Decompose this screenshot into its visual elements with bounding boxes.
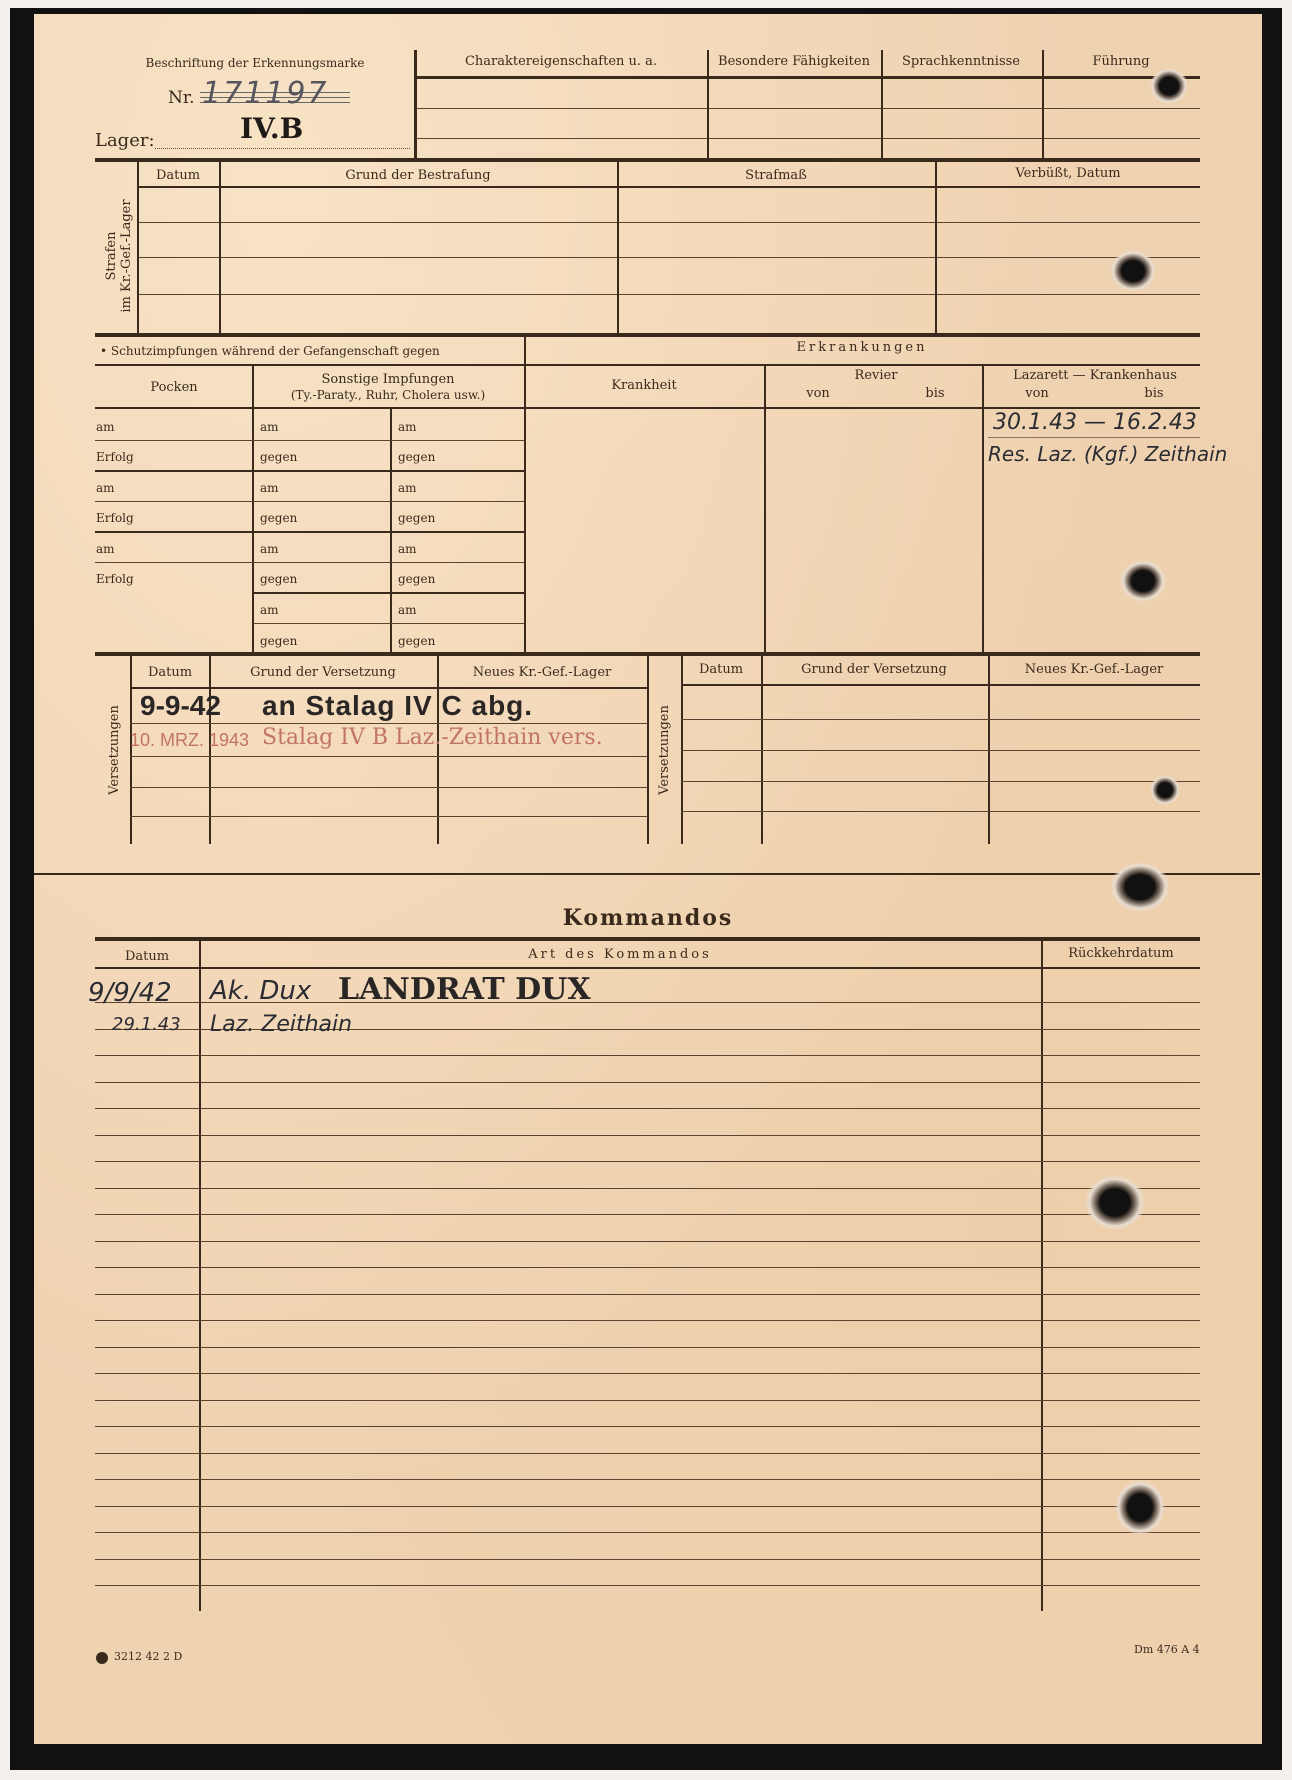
versetzung-red-stamp-text: Stalag IV B Laz.-Zeithain vers. <box>262 725 603 750</box>
impfungen-title: • Schutzimpfungen während der Gefangensc… <box>100 344 440 358</box>
col-line <box>199 941 201 1611</box>
kommando-handwritten: Ak. Dux <box>210 976 311 1006</box>
row-line <box>681 719 1200 720</box>
nr-label: Nr. <box>168 88 195 108</box>
row-line <box>95 440 525 441</box>
kommando-stamp: LANDRAT DUX <box>338 972 591 1007</box>
versetzung-stamp-date: 9-9-42 <box>140 690 221 722</box>
row-line <box>95 1241 1200 1242</box>
versetzung-col-lager: Neues Kr.-Gef.-Lager <box>473 665 612 680</box>
revier-bis: bis <box>925 386 944 401</box>
sonstige-gegen-field: gegen <box>398 572 435 586</box>
row-line <box>95 1506 1200 1507</box>
row-line <box>95 1532 1200 1533</box>
row-line <box>95 1294 1200 1295</box>
col-header-faehigkeiten: Besondere Fähigkeiten <box>718 54 870 69</box>
row-line <box>681 811 1200 812</box>
kommando-col-rueckkehr: Rückkehrdatum <box>1068 946 1173 961</box>
row-line <box>95 1347 1200 1348</box>
header-rule <box>95 364 1200 366</box>
versetzungen-side-label-left: Versetzungen <box>107 695 123 805</box>
kommando-handwritten: Laz. Zeithain <box>210 1012 352 1037</box>
sonstige-gegen-field: gegen <box>398 634 435 648</box>
header-rule <box>95 967 1200 969</box>
row-line <box>253 592 525 594</box>
row-line <box>416 138 1200 139</box>
underline <box>988 437 1200 438</box>
row-line <box>130 816 648 817</box>
row-line <box>95 1400 1200 1401</box>
section-rule <box>95 333 1200 337</box>
lager-dotted-line <box>155 148 410 149</box>
sonstige-am-field: am <box>260 420 279 434</box>
sonstige-am-field: am <box>398 542 417 556</box>
pocken-am-field: am <box>96 542 115 556</box>
header-rule <box>130 687 648 689</box>
row-line <box>138 257 1200 258</box>
row-line <box>95 1135 1200 1136</box>
lager-label: Lager: <box>95 130 155 151</box>
row-line <box>95 1559 1200 1560</box>
lazarett-dates: 30.1.43 — 16.2.43 <box>993 410 1197 435</box>
sonstige-gegen-field: gegen <box>260 511 297 525</box>
sonstige-gegen-field: gegen <box>260 572 297 586</box>
punch-hole <box>1150 775 1180 805</box>
revier-von: von <box>806 386 830 401</box>
kommando-datum: 9/9/42 <box>88 978 172 1008</box>
nr-value: 171197 <box>202 76 329 111</box>
sonstige-am-field: am <box>260 481 279 495</box>
row-line <box>95 531 525 533</box>
col-line <box>617 162 619 335</box>
strafen-col-grund: Grund der Bestrafung <box>345 168 490 183</box>
row-line <box>138 222 1200 223</box>
header-rule <box>416 76 1200 79</box>
sonstige-am-field: am <box>260 542 279 556</box>
row-line <box>95 1585 1200 1586</box>
col-line <box>524 337 526 655</box>
row-line <box>95 1479 1200 1480</box>
col-line <box>137 162 139 335</box>
row-line <box>130 756 648 757</box>
col-header-charakter: Charaktereigenschaften u. a. <box>465 54 657 69</box>
row-line <box>95 1267 1200 1268</box>
row-line <box>95 501 525 502</box>
print-code: 3212 42 2 D <box>114 1650 182 1663</box>
versetzung-col-grund: Grund der Versetzung <box>250 665 396 680</box>
section-rule <box>95 158 1200 162</box>
row-line <box>130 787 648 788</box>
versetzung-col-lager-2: Neues Kr.-Gef.-Lager <box>1025 662 1164 677</box>
versetzungen-side-label-right: Versetzungen <box>657 695 673 805</box>
lazarett-von: von <box>1025 386 1049 401</box>
erkennungsmarke-label: Beschriftung der Erkennungsmarke <box>146 56 365 70</box>
row-line <box>95 1055 1200 1056</box>
pocken-am-field: am <box>96 420 115 434</box>
col-line <box>935 162 937 335</box>
versetzung-col-grund-2: Grund der Versetzung <box>801 662 947 677</box>
punch-hole <box>1115 1480 1165 1535</box>
versetzung-col-datum-2: Datum <box>699 662 743 677</box>
erkrankungen-title: Erkrankungen <box>797 340 928 355</box>
row-line <box>95 1320 1200 1321</box>
pocken-am-field: am <box>96 481 115 495</box>
row-line <box>130 723 648 724</box>
punch-hole <box>1110 250 1156 292</box>
strafen-side-label: Strafenim Kr.-Gef.-Lager <box>104 186 136 326</box>
kommando-col-art: Art des Kommandos <box>528 947 712 962</box>
col-header-fuehrung: Führung <box>1092 54 1149 69</box>
col-line <box>219 162 221 335</box>
col-line <box>1042 50 1044 160</box>
row-line <box>416 108 1200 109</box>
sonstige-gegen-field: gegen <box>398 450 435 464</box>
printer-mark-icon <box>96 1652 108 1664</box>
col-line <box>252 366 254 655</box>
row-line <box>95 1426 1200 1427</box>
row-line <box>95 1161 1200 1162</box>
pocken-header: Pocken <box>150 380 197 395</box>
sonstige-header-2: (Ty.-Paraty., Ruhr, Cholera usw.) <box>291 388 485 402</box>
header-rule <box>681 684 1200 686</box>
row-line <box>95 1082 1200 1083</box>
versetzung-col-datum: Datum <box>148 665 192 680</box>
row-line <box>95 1108 1200 1109</box>
sonstige-gegen-field: gegen <box>398 511 435 525</box>
kommandos-title: Kommandos <box>563 905 734 931</box>
col-line <box>764 366 766 655</box>
header-rule <box>95 407 1200 409</box>
punch-hole <box>1085 1175 1145 1230</box>
col-line <box>707 50 709 160</box>
row-line <box>95 1214 1200 1215</box>
col-line <box>1041 941 1043 1611</box>
col-header-sprachen: Sprachkenntnisse <box>902 54 1020 69</box>
versetzung-stamp-text: an Stalag IV C abg. <box>262 690 533 722</box>
sonstige-header-1: Sonstige Impfungen <box>321 372 454 387</box>
versetzung-red-stamp-date: 10. MRZ. 1943 <box>130 730 249 751</box>
krankheit-header: Krankheit <box>611 378 676 393</box>
row-line <box>95 1453 1200 1454</box>
sonstige-gegen-field: gegen <box>260 450 297 464</box>
kommando-col-datum: Datum <box>125 949 169 964</box>
strafen-col-strafmass: Strafmaß <box>745 168 807 183</box>
row-line <box>95 470 525 472</box>
punch-hole <box>1110 862 1170 912</box>
pocken-erfolg-field: Erfolg <box>96 511 134 525</box>
lager-value: IV.B <box>240 112 303 145</box>
row-line <box>138 294 1200 295</box>
pocken-erfolg-field: Erfolg <box>96 572 134 586</box>
form-code: Dm 476 A 4 <box>1134 1643 1200 1656</box>
sonstige-am-field: am <box>398 603 417 617</box>
header-rule <box>138 186 1200 188</box>
sonstige-am-field: am <box>398 420 417 434</box>
fold-line <box>34 873 1260 875</box>
lazarett-place: Res. Laz. (Kgf.) Zeithain <box>988 442 1227 466</box>
row-line <box>95 1188 1200 1189</box>
strafen-col-verbuesst: Verbüßt, Datum <box>1015 166 1120 181</box>
row-line <box>681 750 1200 751</box>
sonstige-gegen-field: gegen <box>260 634 297 648</box>
row-line <box>95 1373 1200 1374</box>
row-line <box>253 623 525 624</box>
header-divider <box>414 50 417 160</box>
col-line <box>982 366 984 655</box>
pocken-erfolg-field: Erfolg <box>96 450 134 464</box>
row-line <box>681 781 1200 782</box>
punch-hole <box>1120 560 1166 602</box>
row-line <box>95 562 525 563</box>
revier-header: Revier <box>855 368 898 383</box>
punch-hole <box>1150 68 1188 104</box>
col-line <box>881 50 883 160</box>
strafen-col-datum: Datum <box>156 168 200 183</box>
sonstige-am-field: am <box>398 481 417 495</box>
lazarett-bis: bis <box>1144 386 1163 401</box>
lazarett-header: Lazarett — Krankenhaus <box>1013 368 1177 383</box>
section-rule <box>95 937 1200 941</box>
kommando-datum: 29.1.43 <box>112 1014 181 1035</box>
sonstige-am-field: am <box>260 603 279 617</box>
